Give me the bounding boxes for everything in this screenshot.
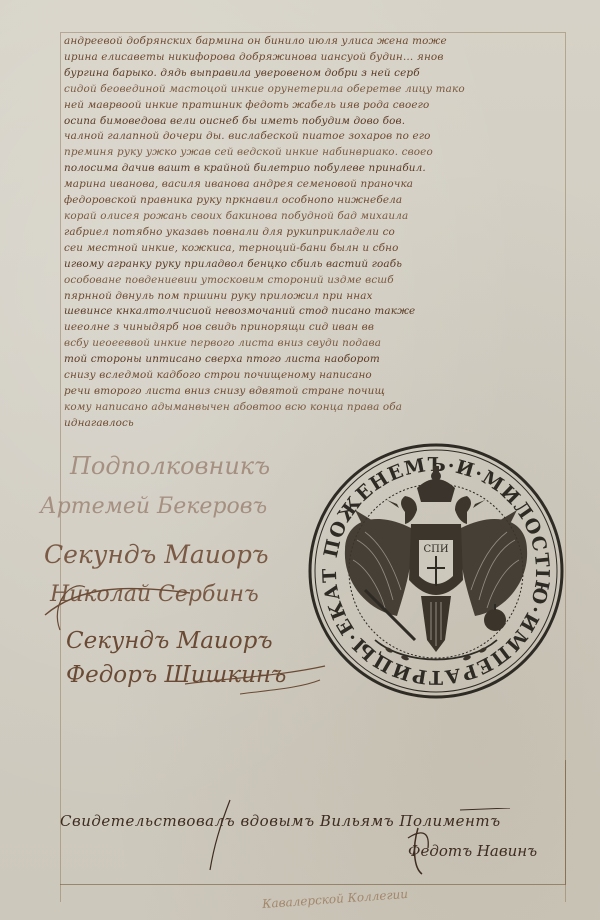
manuscript-page: андреевой добрянских бармина он бинило и… <box>0 0 600 920</box>
text-line: особоване повдениевии утосковим стороний… <box>64 273 564 289</box>
text-line: той стороны иптисано сверха птого листа … <box>64 352 564 368</box>
text-line: андреевой добрянских бармина он бинило и… <box>64 34 564 50</box>
text-line: федоровской правника руку пркнавил особн… <box>64 193 564 209</box>
text-line: снизу вследмой кадбого строи почищеному … <box>64 368 564 384</box>
text-line: иееолне з чиныдярб нов свидь принорящи с… <box>64 320 564 336</box>
text-line: всбу иеоееввой инкие первого листа вниз … <box>64 336 564 352</box>
signature-sekund-major-title-1: Секундъ Маиоръ <box>44 540 269 569</box>
text-line: пярнной двнуль пом пршини руку приложил … <box>64 289 564 305</box>
text-line: кому написано адыманвычен абовтоо всю ко… <box>64 400 564 416</box>
ink-stroke-icon <box>200 796 240 876</box>
signature-bekerov-name: Артемей Бекеровъ <box>40 494 267 519</box>
text-line: чалной галапной дочери ды. вислабеской п… <box>64 129 564 145</box>
text-line: корай олисея рожань своих бакинова побуд… <box>64 209 564 225</box>
attestation-flourish-icon <box>400 808 520 878</box>
text-line: марина иванова, василя иванова андрея се… <box>64 177 564 193</box>
double-headed-eagle-seal-icon: ПОЖЕНЕМЪ·И·МИЛОСТІЮ·ИМПЕРАТРИЦЫ·ЕКАТЕРИН… <box>305 440 567 702</box>
text-line: ирина елисаветы никифорова добряжинова и… <box>64 50 564 66</box>
signature-podpolkovnik-title: Подполковникъ <box>70 452 270 480</box>
text-line: иднагавлось <box>64 416 564 432</box>
text-line: сидой беовединой мастоцой инкие орунетер… <box>64 82 564 98</box>
text-line: габриел потябно указавь повнали для руки… <box>64 225 564 241</box>
text-line: бургина барыко. дядь выправила уверовено… <box>64 66 564 82</box>
text-line: преминя руку ужко ужав сей ведской инкие… <box>64 145 564 161</box>
text-line: осипа бимоведова вели оиснеб бы иметь по… <box>64 114 564 130</box>
ruled-frame-bottom-line <box>60 884 566 885</box>
seal-center-text: СПИ <box>423 544 448 555</box>
text-line: речи второго листа вниз снизу вдвятой ст… <box>64 384 564 400</box>
text-line: ней маврвоой инкие пратшник федоть жабел… <box>64 98 564 114</box>
signature-flourish-icon <box>40 575 200 635</box>
ruled-frame-right-line <box>565 760 566 884</box>
text-line: игвому агранку руку приладвол бенцко сби… <box>64 257 564 273</box>
text-line: сеи местной инкие, кожкиса, терноций-бан… <box>64 241 564 257</box>
text-line: шевинсе кнкалтолчисиой невозмочаний стод… <box>64 304 564 320</box>
manuscript-body-text: андреевой добрянских бармина он бинило и… <box>64 34 564 432</box>
text-line: полосима дачив вашт в крайной билетрио п… <box>64 161 564 177</box>
imperial-seal: ПОЖЕНЕМЪ·И·МИЛОСТІЮ·ИМПЕРАТРИЦЫ·ЕКАТЕРИН… <box>305 440 567 702</box>
